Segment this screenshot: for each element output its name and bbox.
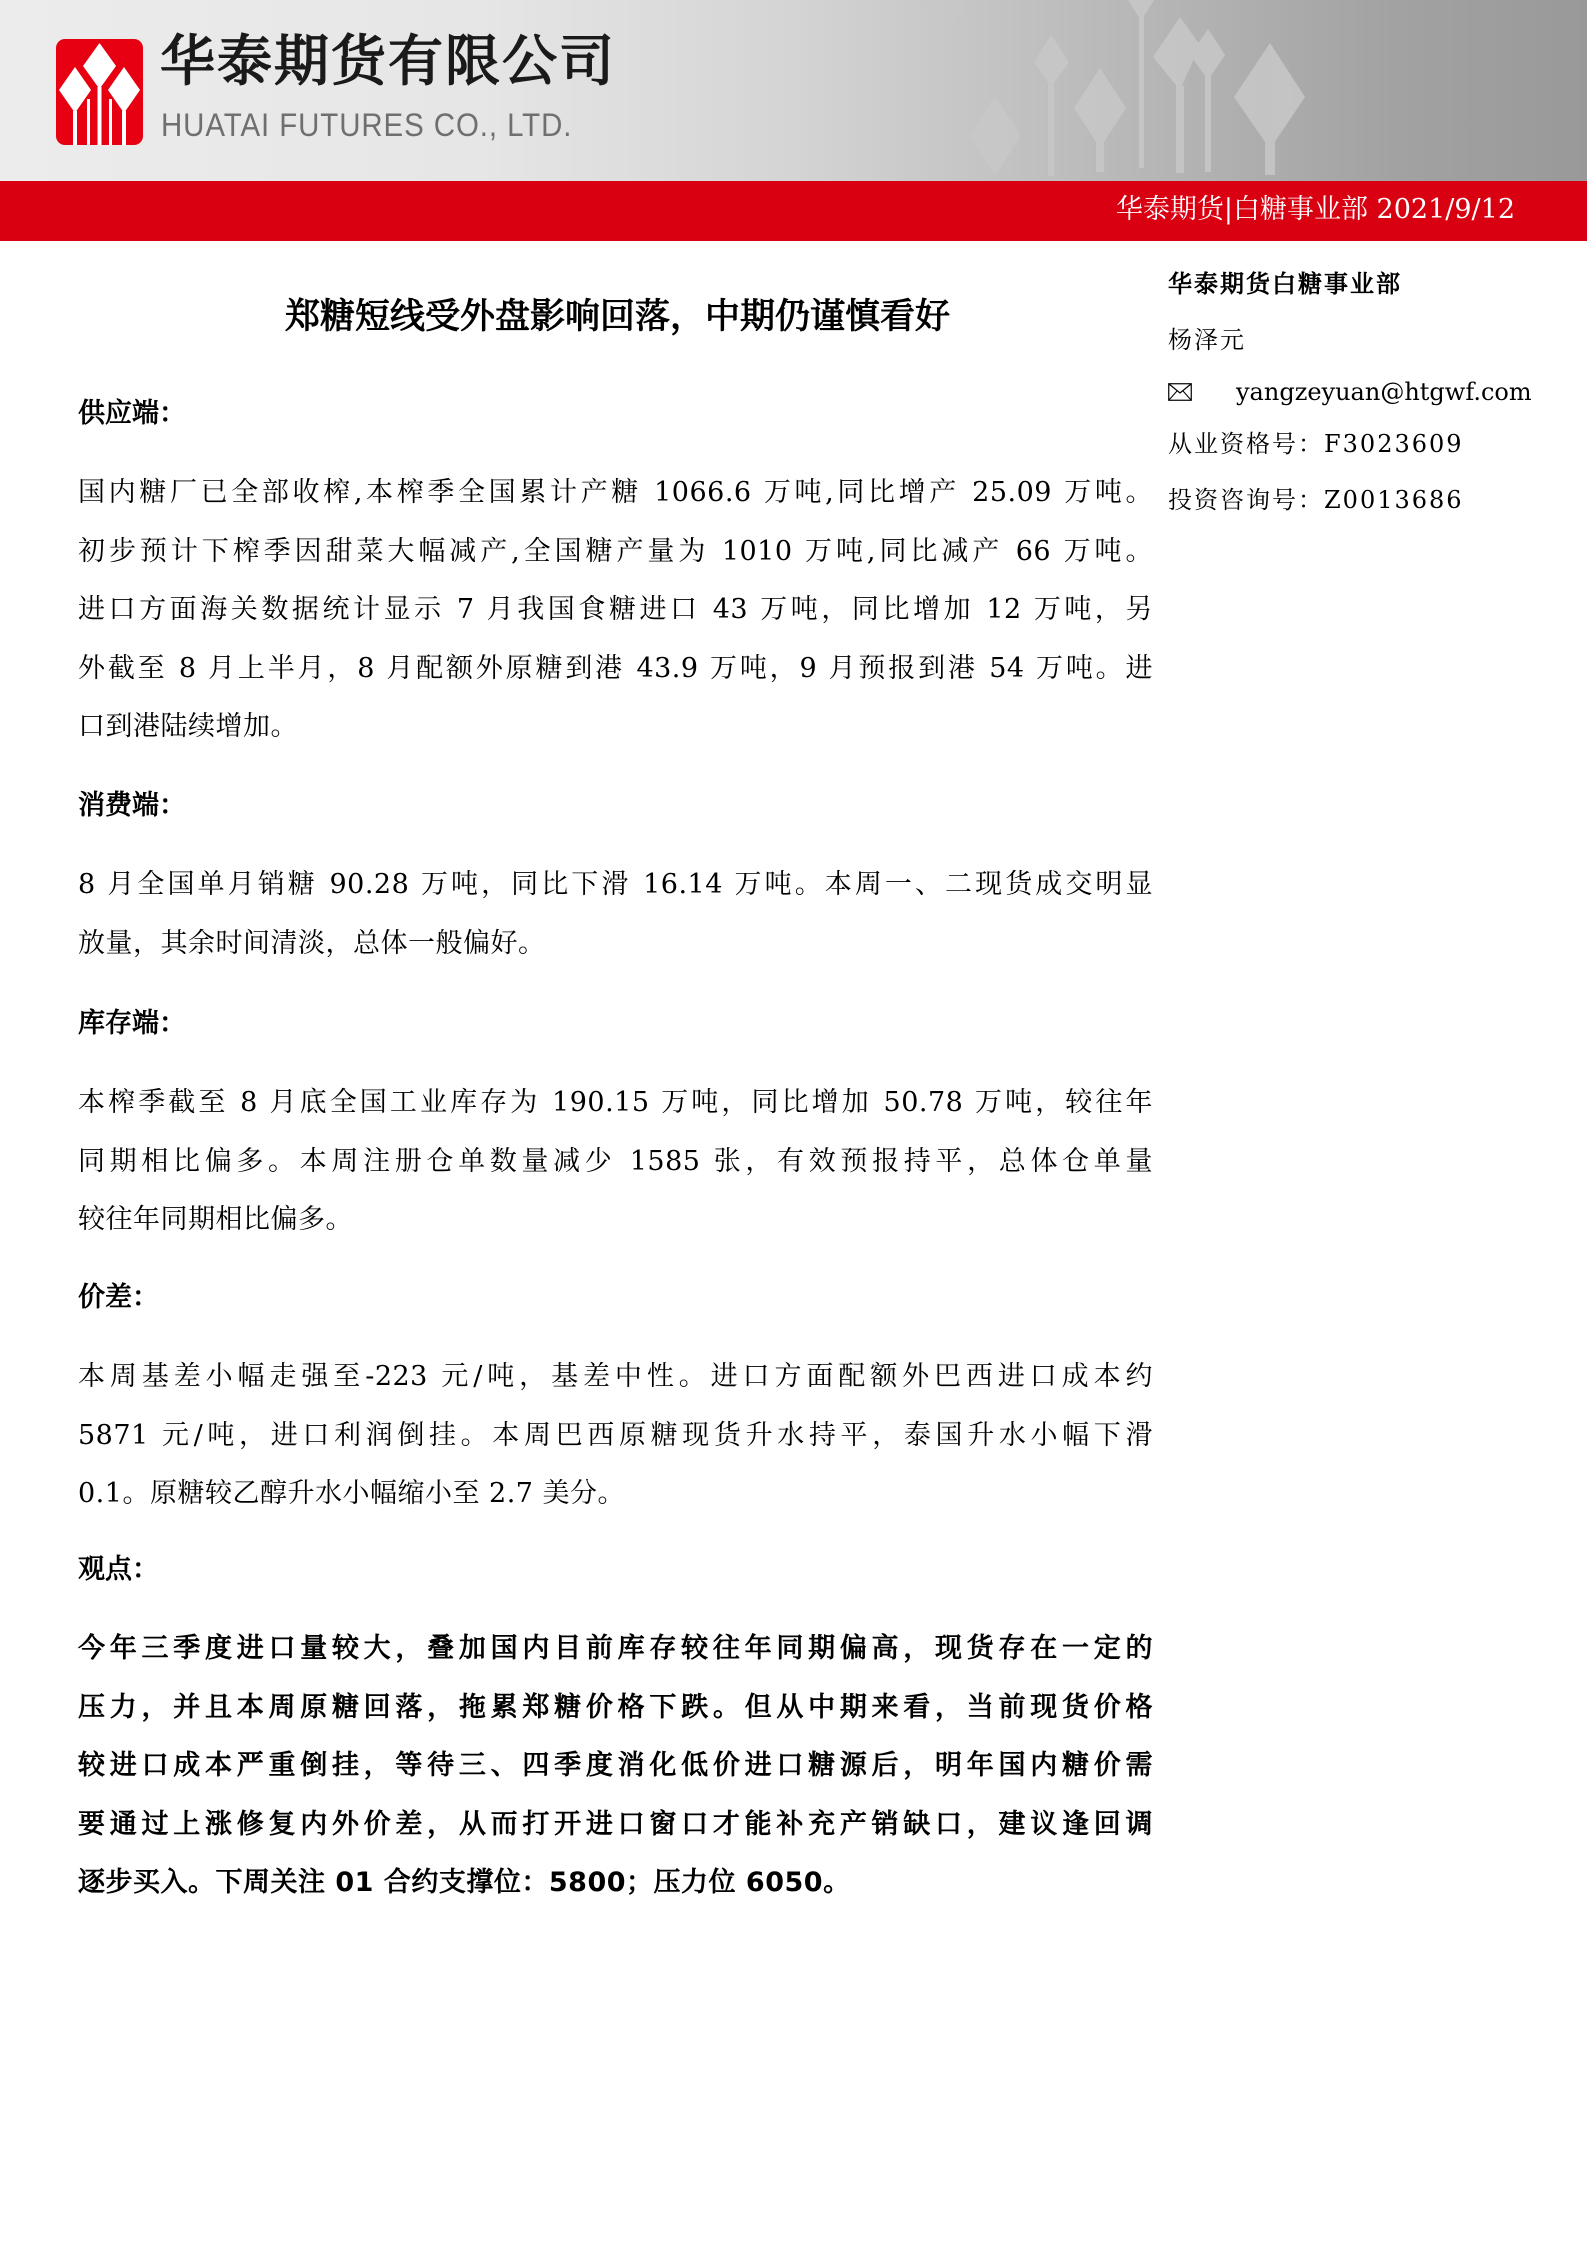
analyst-name: 杨泽元 <box>1168 328 1246 352</box>
paragraph-line: 较进口成本严重倒挂，等待三、四季度消化低价进口糖源后，明年国内糖价需 <box>78 1737 1153 1796</box>
paragraph-line: 国内糖厂已全部收榨,本榨季全国累计产糖 1066.6 万吨,同比增产 25.09… <box>78 464 1153 523</box>
paragraph-line: 要通过上涨修复内外价差，从而打开进口窗口才能补充产销缺口，建议逢回调 <box>78 1796 1153 1855</box>
section-heading-consumption: 消费端： <box>78 792 186 819</box>
section-heading-inventory: 库存端： <box>78 1010 186 1037</box>
paragraph-line: 0.1。原糖较乙醇升水小幅缩小至 2.7 美分。 <box>78 1465 1153 1524</box>
paragraph-line: 5871 元/吨，进口利润倒挂。本周巴西原糖现货升水持平，泰国升水小幅下滑 <box>78 1407 1153 1466</box>
paragraph-line: 外截至 8 月上半月，8 月配额外原糖到港 43.9 万吨，9 月预报到港 54… <box>78 640 1153 699</box>
company-name-cn: 华泰期货有限公司 <box>160 34 616 89</box>
huatai-logo-icon <box>56 39 143 145</box>
section-heading-outlook: 观点： <box>78 1556 159 1583</box>
paragraph-line: 8 月全国单月销糖 90.28 万吨，同比下滑 16.14 万吨。本周一、二现货… <box>78 856 1153 915</box>
paragraph-line: 本榨季截至 8 月底全国工业库存为 190.15 万吨，同比增加 50.78 万… <box>78 1074 1153 1133</box>
section-body-outlook: 今年三季度进口量较大，叠加国内目前库存较往年同期偏高，现货存在一定的 压力，并且… <box>78 1620 1153 1913</box>
paragraph-line: 压力，并且本周原糖回落，拖累郑糖价格下跌。但从中期来看，当前现货价格 <box>78 1679 1153 1738</box>
section-body-spread: 本周基差小幅走强至-223 元/吨，基差中性。进口方面配额外巴西进口成本约 58… <box>78 1348 1153 1524</box>
analyst-email[interactable]: yangzeyuan@htgwf.com <box>1236 378 1532 406</box>
header-red-band: 华泰期货|白糖事业部 2021/9/12 <box>0 181 1587 241</box>
report-title: 郑糖短线受外盘影响回落，中期仍谨慎看好 <box>130 300 1105 335</box>
envelope-icon <box>1168 383 1192 401</box>
paragraph-line: 同期相比偏多。本周注册仓单数量减少 1585 张，有效预报持平，总体仓单量 <box>78 1133 1153 1192</box>
section-body-supply: 国内糖厂已全部收榨,本榨季全国累计产糖 1066.6 万吨,同比增产 25.09… <box>78 464 1153 757</box>
paragraph-line: 进口方面海关数据统计显示 7 月我国食糖进口 43 万吨，同比增加 12 万吨，… <box>78 581 1153 640</box>
paragraph-line: 初步预计下榨季因甜菜大幅减产,全国糖产量为 1010 万吨,同比减产 66 万吨… <box>78 523 1153 582</box>
analyst-email-row: yangzeyuan@htgwf.com <box>1168 380 1532 404</box>
section-body-consumption: 8 月全国单月销糖 90.28 万吨，同比下滑 16.14 万吨。本周一、二现货… <box>78 856 1153 973</box>
investment-consulting-number: 投资咨询号：Z0013686 <box>1168 488 1464 512</box>
section-heading-spread: 价差： <box>78 1284 159 1311</box>
section-body-inventory: 本榨季截至 8 月底全国工业库存为 190.15 万吨，同比增加 50.78 万… <box>78 1074 1153 1250</box>
company-name-en: HUATAI FUTURES CO., LTD. <box>161 109 572 141</box>
paragraph-line: 放量，其余时间清淡，总体一般偏好。 <box>78 915 1153 974</box>
section-heading-supply: 供应端： <box>78 400 186 427</box>
paragraph-line: 口到港陆续增加。 <box>78 698 1153 757</box>
paragraph-line: 逐步买入。下周关注 01 合约支撑位：5800；压力位 6050。 <box>78 1854 1153 1913</box>
department-date-label: 华泰期货|白糖事业部 2021/9/12 <box>1116 194 1515 226</box>
paragraph-line: 本周基差小幅走强至-223 元/吨，基差中性。进口方面配额外巴西进口成本约 <box>78 1348 1153 1407</box>
paragraph-line: 今年三季度进口量较大，叠加国内目前库存较往年同期偏高，现货存在一定的 <box>78 1620 1153 1679</box>
qualification-number: 从业资格号：F3023609 <box>1168 432 1464 456</box>
department-name: 华泰期货白糖事业部 <box>1168 272 1402 296</box>
paragraph-line: 较往年同期相比偏多。 <box>78 1191 1153 1250</box>
header-banner: 华泰期货有限公司 HUATAI FUTURES CO., LTD. <box>0 0 1587 181</box>
